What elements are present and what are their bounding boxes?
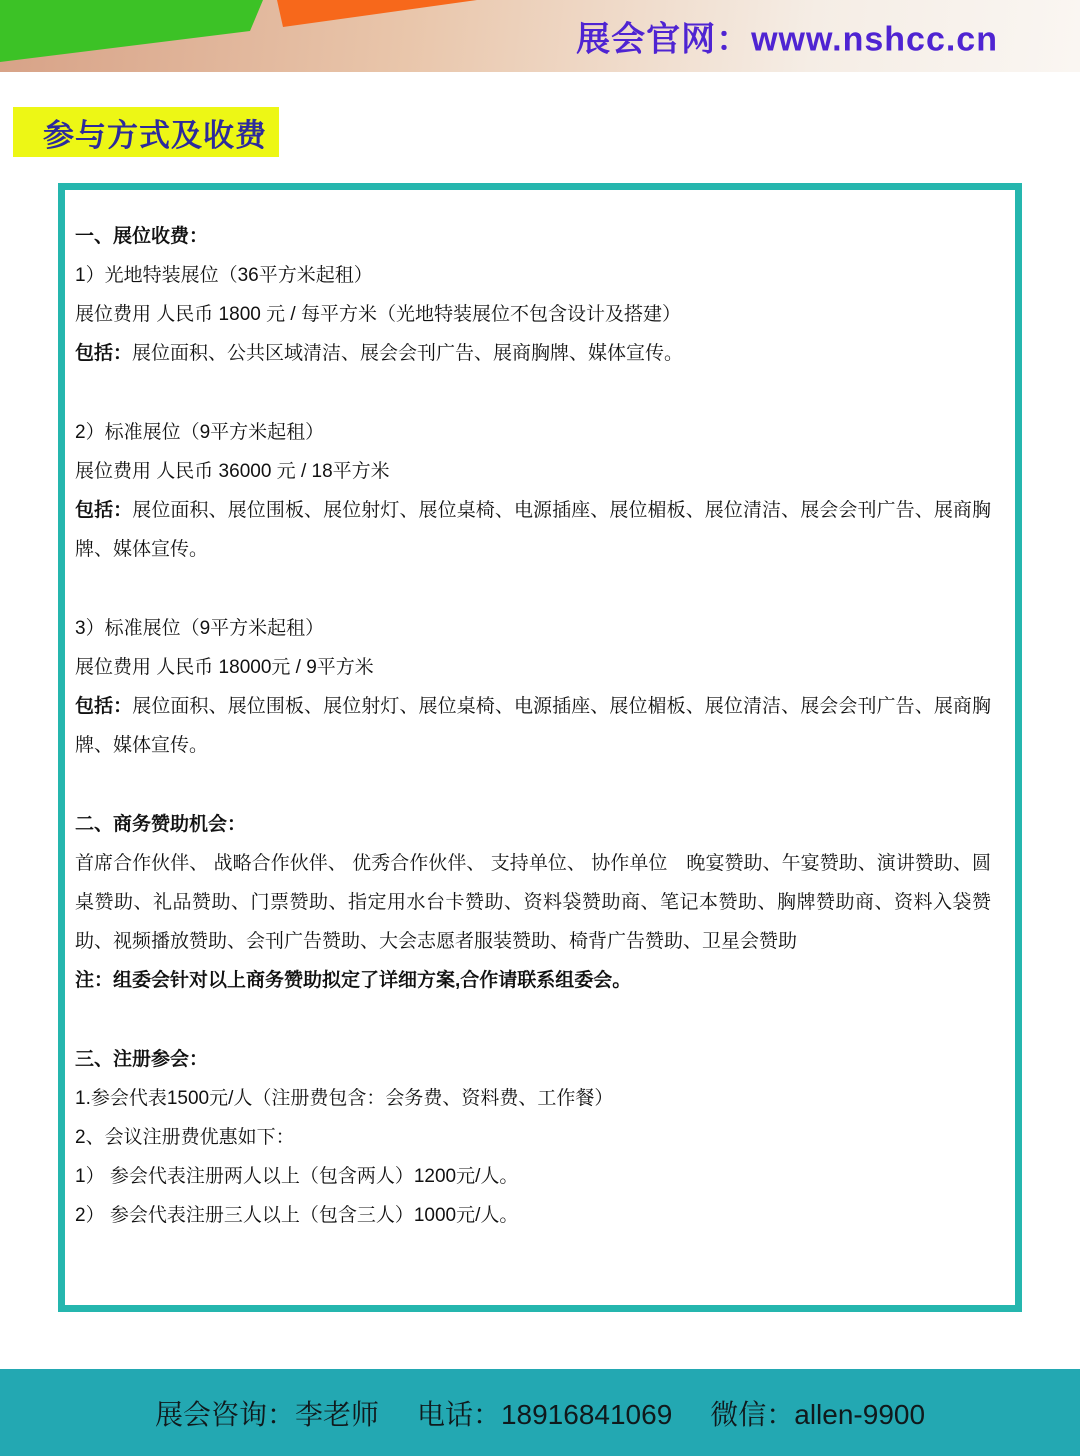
paragraph: 首席合作伙伴、 战略合作伙伴、 优秀合作伙伴、 支持单位、 协作单位 晚宴赞助、… xyxy=(75,844,991,961)
paragraph-note: 注：组委会针对以上商务赞助拟定了详细方案,合作请联系组委会。 xyxy=(75,961,991,1000)
footer-band: 展会咨询：李老师 电话：18916841069 微信：allen-9900 xyxy=(0,1369,1080,1456)
paragraph-text: 展位面积、展位围板、展位射灯、展位桌椅、电源插座、展位楣板、展位清洁、展会会刊广… xyxy=(75,500,991,560)
paragraph-text: 首席合作伙伴、 战略合作伙伴、 优秀合作伙伴、 支持单位、 协作单位 晚宴赞助、… xyxy=(75,853,991,952)
paragraph-text: 展位面积、公共区域清洁、展会会刊广告、展商胸牌、媒体宣传。 xyxy=(132,343,683,364)
paragraph-text: 组委会针对以上商务赞助拟定了详细方案,合作请联系组委会。 xyxy=(113,970,631,991)
section-heading-registration: 三、注册参会： xyxy=(75,1040,991,1079)
paragraph: 2、会议注册费优惠如下： xyxy=(75,1118,991,1157)
paragraph: 展位费用 人民币 18000元 / 9平方米 xyxy=(75,648,991,687)
spacer xyxy=(75,569,991,609)
paragraph-text: 1.参会代表1500元/人（注册费包含：会务费、资料费、工作餐） xyxy=(75,1088,613,1109)
paragraph: 1） 参会代表注册两人以上（包含两人）1200元/人。 xyxy=(75,1157,991,1196)
paragraph-prefix: 包括： xyxy=(75,500,132,521)
footer-consult-contact: 展会咨询：李老师 xyxy=(155,1393,379,1433)
paragraph-text: 2） 参会代表注册三人以上（包含三人）1000元/人。 xyxy=(75,1205,518,1226)
footer-wechat: 微信：allen-9900 xyxy=(710,1393,925,1433)
paragraph: 包括：展位面积、展位围板、展位射灯、展位桌椅、电源插座、展位楣板、展位清洁、展会… xyxy=(75,687,991,765)
paragraph-prefix: 注： xyxy=(75,970,113,991)
paragraph: 包括：展位面积、展位围板、展位射灯、展位桌椅、电源插座、展位楣板、展位清洁、展会… xyxy=(75,491,991,569)
paragraph: 1）光地特装展位（36平方米起租） xyxy=(75,256,991,295)
spacer xyxy=(75,765,991,805)
paragraph-text: 展位费用 人民币 1800 元 / 每平方米（光地特装展位不包含设计及搭建） xyxy=(75,304,681,325)
header-band: 展会官网：www.nshcc.cn xyxy=(0,0,1080,72)
website-label: 展会官网：www.nshcc.cn xyxy=(576,12,998,61)
paragraph-text: 1） 参会代表注册两人以上（包含两人）1200元/人。 xyxy=(75,1166,518,1187)
paragraph-prefix: 包括： xyxy=(75,696,132,717)
spacer xyxy=(75,373,991,413)
paragraph: 展位费用 人民币 36000 元 / 18平方米 xyxy=(75,452,991,491)
footer-phone: 电话：18916841069 xyxy=(417,1393,672,1433)
paragraph-text: 2）标准展位（9平方米起租） xyxy=(75,422,324,443)
spacer xyxy=(75,1000,991,1040)
paragraph: 2）标准展位（9平方米起租） xyxy=(75,413,991,452)
flyer-page: 展会官网：www.nshcc.cn 参与方式及收费 一、展位收费： 1）光地特装… xyxy=(0,0,1080,1456)
page-title: 参与方式及收费 xyxy=(43,110,267,155)
page-title-badge: 参与方式及收费 xyxy=(13,107,279,157)
paragraph: 包括：展位面积、公共区域清洁、展会会刊广告、展商胸牌、媒体宣传。 xyxy=(75,334,991,373)
paragraph: 1.参会代表1500元/人（注册费包含：会务费、资料费、工作餐） xyxy=(75,1079,991,1118)
paragraph: 3）标准展位（9平方米起租） xyxy=(75,609,991,648)
paragraph-prefix: 包括： xyxy=(75,343,132,364)
section-heading-sponsorship: 二、商务赞助机会： xyxy=(75,805,991,844)
paragraph: 展位费用 人民币 1800 元 / 每平方米（光地特装展位不包含设计及搭建） xyxy=(75,295,991,334)
paragraph-text: 展位面积、展位围板、展位射灯、展位桌椅、电源插座、展位楣板、展位清洁、展会会刊广… xyxy=(75,696,991,756)
paragraph-text: 展位费用 人民币 18000元 / 9平方米 xyxy=(75,657,374,678)
paragraph-text: 展位费用 人民币 36000 元 / 18平方米 xyxy=(75,461,390,482)
section-heading-booth-fees: 一、展位收费： xyxy=(75,217,991,256)
paragraph-text: 3）标准展位（9平方米起租） xyxy=(75,618,324,639)
paragraph: 2） 参会代表注册三人以上（包含三人）1000元/人。 xyxy=(75,1196,991,1235)
paragraph-text: 2、会议注册费优惠如下： xyxy=(75,1127,295,1148)
paragraph-text: 1）光地特装展位（36平方米起租） xyxy=(75,265,373,286)
content-box: 一、展位收费： 1）光地特装展位（36平方米起租） 展位费用 人民币 1800 … xyxy=(58,183,1022,1312)
